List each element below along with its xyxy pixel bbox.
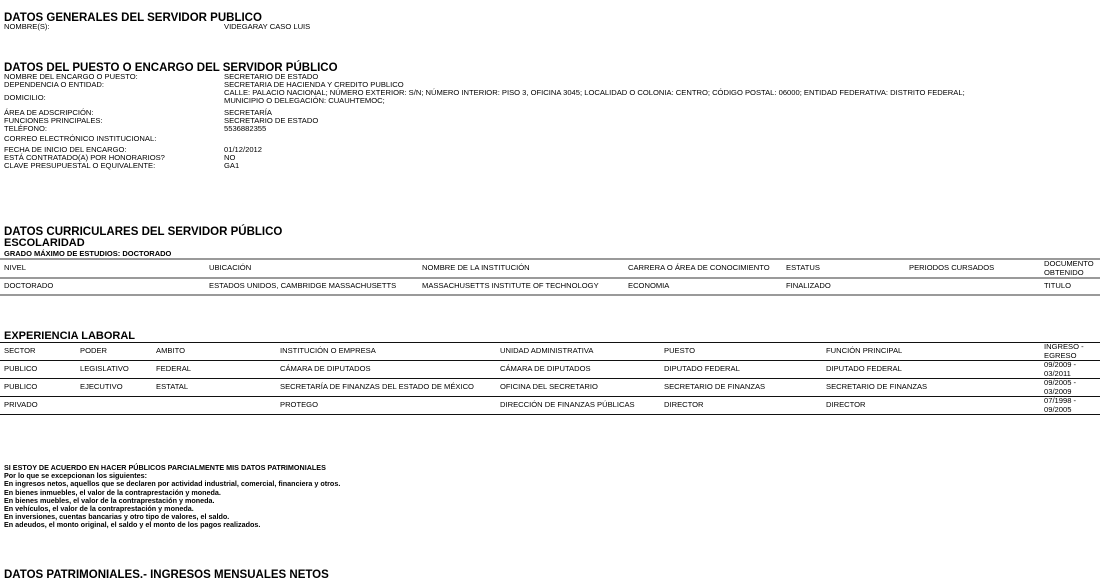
column-header: DOCUMENTO OBTENIDO <box>1040 259 1100 278</box>
grado-maximo-estudios: GRADO MÁXIMO DE ESTUDIOS: DOCTORADO <box>4 249 171 258</box>
subsection-title-escolaridad: ESCOLARIDAD <box>4 237 85 249</box>
escolaridad-header-row: NIVELUBICACIÓNNOMBRE DE LA INSTITUCIÓNCA… <box>0 259 1100 278</box>
section-title-experiencia-laboral: EXPERIENCIA LABORAL <box>4 330 135 342</box>
table-cell: LEGISLATIVO <box>76 361 152 379</box>
table-cell: CÁMARA DE DIPUTADOS <box>276 361 496 379</box>
table-cell: SECRETARÍA DE FINANZAS DEL ESTADO DE MÉX… <box>276 379 496 397</box>
experiencia-row: PUBLICOLEGISLATIVOFEDERALCÁMARA DE DIPUT… <box>0 361 1100 379</box>
column-header: SECTOR <box>0 343 76 361</box>
field-nombre: NOMBRE(S): VIDEGARAY CASO LUIS <box>0 23 1100 32</box>
field-value: VIDEGARAY CASO LUIS <box>224 23 310 32</box>
column-header: CARRERA O ÁREA DE CONOCIMIENTO <box>624 259 782 278</box>
column-header: PERIODOS CURSADOS <box>905 259 1040 278</box>
table-cell: SECRETARIO DE FINANZAS <box>822 379 1040 397</box>
table-cell <box>905 278 1040 295</box>
escolaridad-table: NIVELUBICACIÓNNOMBRE DE LA INSTITUCIÓNCA… <box>0 258 1100 296</box>
table-cell: TITULO <box>1040 278 1100 295</box>
field-label: DOMICILIO: <box>4 94 46 103</box>
field-label: TELÉFONO: <box>4 125 47 134</box>
column-header: PODER <box>76 343 152 361</box>
table-cell: DIPUTADO FEDERAL <box>660 361 822 379</box>
field-label: DEPENDENCIA O ENTIDAD: <box>4 81 104 90</box>
field-value: GA1 <box>224 162 239 171</box>
table-cell: DOCTORADO <box>0 278 205 295</box>
table-cell: PRIVADO <box>0 397 76 415</box>
table-cell: DIRECCIÓN DE FINANZAS PÚBLICAS <box>496 397 660 415</box>
field-label: CLAVE PRESUPUESTAL O EQUIVALENTE: <box>4 162 155 171</box>
experiencia-header-row: SECTORPODERAMBITOINSTITUCIÓN O EMPRESAUN… <box>0 343 1100 361</box>
table-cell: ESTATAL <box>152 379 276 397</box>
experiencia-row: PUBLICOEJECUTIVOESTATALSECRETARÍA DE FIN… <box>0 379 1100 397</box>
table-cell: PUBLICO <box>0 361 76 379</box>
table-cell: SECRETARIO DE FINANZAS <box>660 379 822 397</box>
column-header: FUNCIÓN PRINCIPAL <box>822 343 1040 361</box>
table-cell: 09/2005 - 03/2009 <box>1040 379 1100 397</box>
publicidad-datos-patrimoniales: SI ESTOY DE ACUERDO EN HACER PÚBLICOS PA… <box>4 464 340 530</box>
experiencia-row: PRIVADOPROTEGODIRECCIÓN DE FINANZAS PÚBL… <box>0 397 1100 415</box>
table-cell: 07/1998 - 09/2005 <box>1040 397 1100 415</box>
field-label: NOMBRE(S): <box>4 23 50 32</box>
table-cell: FEDERAL <box>152 361 276 379</box>
column-header: UNIDAD ADMINISTRATIVA <box>496 343 660 361</box>
column-header: NOMBRE DE LA INSTITUCIÓN <box>418 259 624 278</box>
table-cell: MASSACHUSETTS INSTITUTE OF TECHNOLOGY <box>418 278 624 295</box>
table-cell: PUBLICO <box>0 379 76 397</box>
column-header: UBICACIÓN <box>205 259 418 278</box>
column-header: ESTATUS <box>782 259 905 278</box>
table-cell: PROTEGO <box>276 397 496 415</box>
column-header: NIVEL <box>0 259 205 278</box>
table-cell: DIPUTADO FEDERAL <box>822 361 1040 379</box>
table-cell <box>76 397 152 415</box>
table-cell: ECONOMIA <box>624 278 782 295</box>
table-cell <box>152 397 276 415</box>
table-cell: OFICINA DEL SECRETARIO <box>496 379 660 397</box>
table-cell: CÁMARA DE DIPUTADOS <box>496 361 660 379</box>
field-value: 5536882355 <box>224 125 266 134</box>
field-value-line2: MUNICIPIO O DELEGACIÓN: CUAUHTEMOC; <box>224 97 385 106</box>
table-cell: EJECUTIVO <box>76 379 152 397</box>
column-header: PUESTO <box>660 343 822 361</box>
publicidad-line-7: En adeudos, el monto original, el saldo … <box>4 521 340 529</box>
table-cell: FINALIZADO <box>782 278 905 295</box>
experiencia-laboral-table: SECTORPODERAMBITOINSTITUCIÓN O EMPRESAUN… <box>0 342 1100 415</box>
field-label: CORREO ELECTRÓNICO INSTITUCIONAL: <box>4 135 156 144</box>
column-header: INSTITUCIÓN O EMPRESA <box>276 343 496 361</box>
table-cell: ESTADOS UNIDOS, CAMBRIDGE MASSACHUSETTS <box>205 278 418 295</box>
table-cell: DIRECTOR <box>660 397 822 415</box>
column-header: AMBITO <box>152 343 276 361</box>
section-title-datos-patrimoniales: DATOS PATRIMONIALES.- INGRESOS MENSUALES… <box>4 569 329 580</box>
table-cell: 09/2009 - 03/2011 <box>1040 361 1100 379</box>
column-header: INGRESO - EGRESO <box>1040 343 1100 361</box>
escolaridad-row: DOCTORADOESTADOS UNIDOS, CAMBRIDGE MASSA… <box>0 278 1100 295</box>
table-cell: DIRECTOR <box>822 397 1040 415</box>
